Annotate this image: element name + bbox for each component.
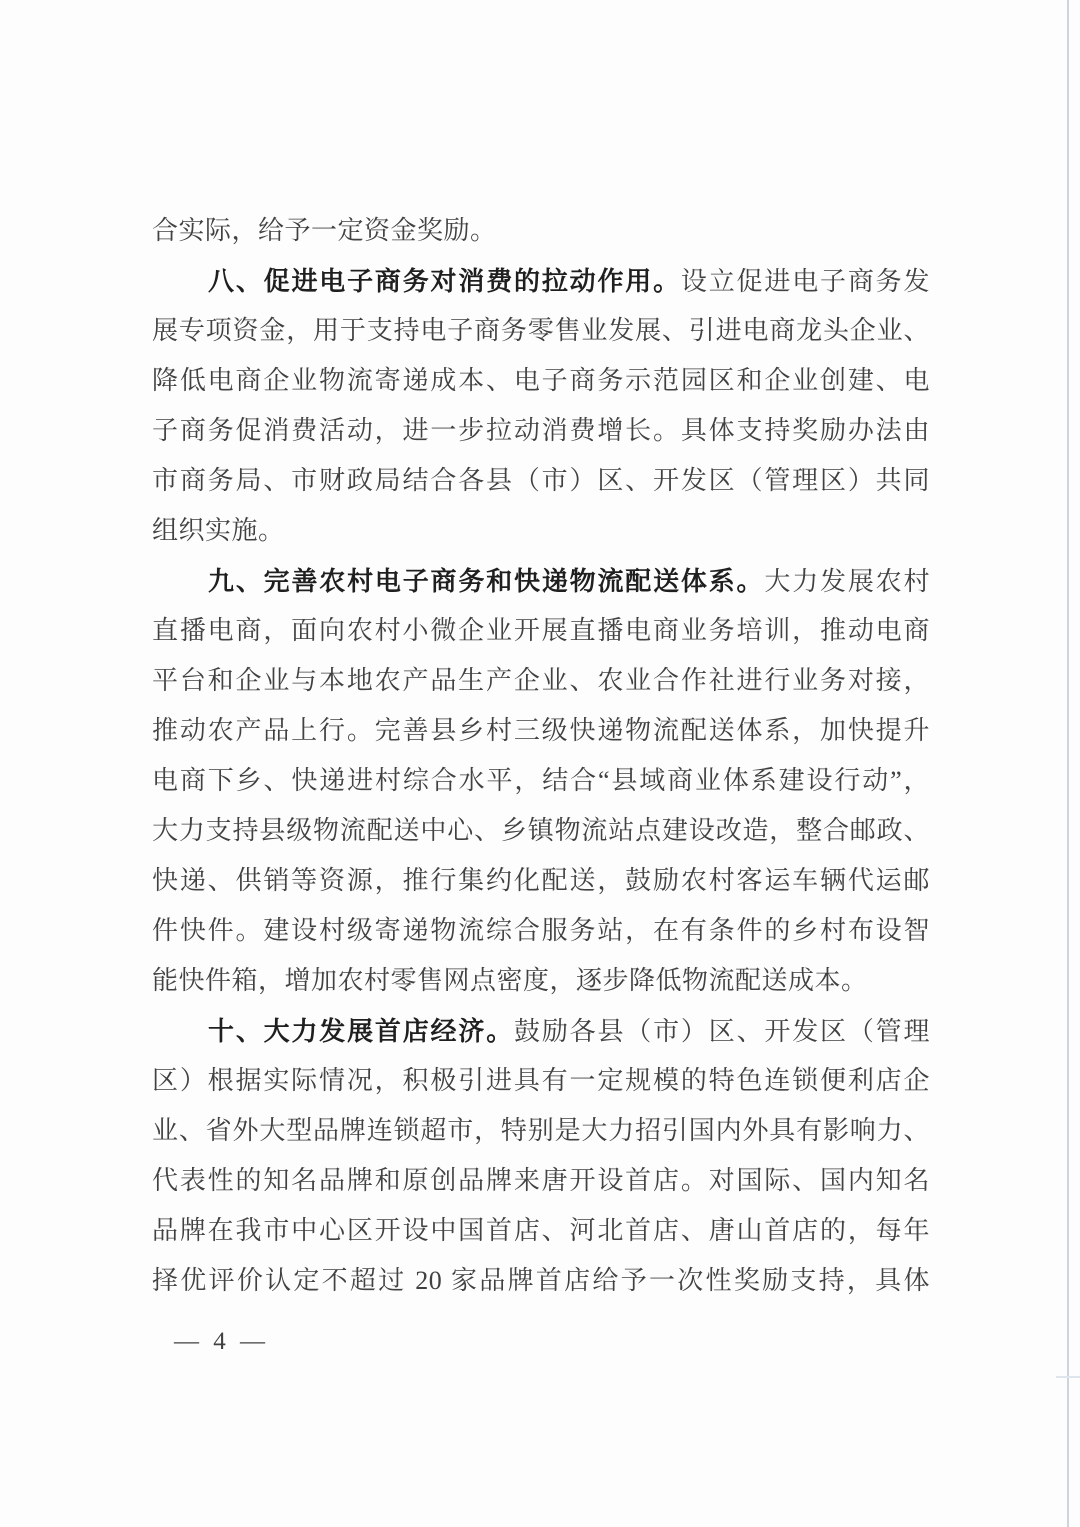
body-text: 件快件。建设村级寄递物流综合服务站，在有条件的乡村布设智 — [152, 916, 930, 945]
text-line: 电商下乡、快递进村综合水平，结合“县域商业体系建设行动”， — [152, 756, 930, 806]
text-line: 子商务促消费活动，进一步拉动消费增长。具体支持奖励办法由 — [152, 406, 930, 456]
text-line: 合实际，给予一定资金奖励。 — [152, 206, 930, 256]
text-line: 大力支持县级物流配送中心、乡镇物流站点建设改造，整合邮政、 — [152, 806, 930, 856]
text-line: 十、大力发展首店经济。鼓励各县（市）区、开发区（管理 — [152, 1006, 930, 1056]
text-line: 代表性的知名品牌和原创品牌来唐开设首店。对国际、国内知名 — [152, 1156, 930, 1206]
text-line: 推动农产品上行。完善县乡村三级快递物流配送体系，加快提升 — [152, 706, 930, 756]
body-text: 平台和企业与本地农产品生产企业、农业合作社进行业务对接， — [152, 666, 930, 695]
body-text: 降低电商企业物流寄递成本、电子商务示范园区和企业创建、电 — [152, 366, 930, 395]
text-line: 区）根据实际情况，积极引进具有一定规模的特色连锁便利店企 — [152, 1056, 930, 1106]
body-text: 市商务局、市财政局结合各县（市）区、开发区（管理区）共同 — [152, 466, 930, 495]
text-line: 平台和企业与本地农产品生产企业、农业合作社进行业务对接， — [152, 656, 930, 706]
text-line: 市商务局、市财政局结合各县（市）区、开发区（管理区）共同 — [152, 456, 930, 506]
scan-artifact-line — [1056, 1376, 1080, 1378]
body-text: 业、省外大型品牌连锁超市，特别是大力招引国内外具有影响力、 — [152, 1116, 930, 1145]
page-number: — 4 — — [174, 1322, 269, 1362]
page-edge-line — [1067, 0, 1069, 1527]
body-text: 大力支持县级物流配送中心、乡镇物流站点建设改造，整合邮政、 — [152, 816, 930, 845]
body-text: 代表性的知名品牌和原创品牌来唐开设首店。对国际、国内知名 — [152, 1166, 930, 1195]
document-page: 合实际，给予一定资金奖励。八、促进电子商务对消费的拉动作用。设立促进电子商务发展… — [0, 0, 1080, 1527]
text-line: 降低电商企业物流寄递成本、电子商务示范园区和企业创建、电 — [152, 356, 930, 406]
body-text: 电商下乡、快递进村综合水平，结合“县域商业体系建设行动”， — [152, 766, 930, 795]
text-line: 业、省外大型品牌连锁超市，特别是大力招引国内外具有影响力、 — [152, 1106, 930, 1156]
text-line: 九、完善农村电子商务和快递物流配送体系。大力发展农村 — [152, 556, 930, 606]
text-line: 择优评价认定不超过 20 家品牌首店给予一次性奖励支持，具体 — [152, 1256, 930, 1306]
document-body: 合实际，给予一定资金奖励。八、促进电子商务对消费的拉动作用。设立促进电子商务发展… — [152, 206, 930, 1306]
text-line: 品牌在我市中心区开设中国首店、河北首店、唐山首店的，每年 — [152, 1206, 930, 1256]
body-text: 组织实施。 — [152, 516, 285, 545]
section-heading: 八、促进电子商务对消费的拉动作用。 — [208, 266, 681, 296]
text-line: 直播电商，面向农村小微企业开展直播电商业务培训，推动电商 — [152, 606, 930, 656]
body-text: 直播电商，面向农村小微企业开展直播电商业务培训，推动电商 — [152, 616, 930, 645]
body-text: 区）根据实际情况，积极引进具有一定规模的特色连锁便利店企 — [152, 1066, 930, 1095]
body-text: 择优评价认定不超过 20 家品牌首店给予一次性奖励支持，具体 — [152, 1266, 930, 1295]
body-text: 快递、供销等资源，推行集约化配送，鼓励农村客运车辆代运邮 — [152, 866, 930, 895]
text-line: 组织实施。 — [152, 506, 930, 556]
body-text: 设立促进电子商务发 — [681, 267, 930, 296]
text-line: 能快件箱，增加农村零售网点密度，逐步降低物流配送成本。 — [152, 956, 930, 1006]
body-text: 子商务促消费活动，进一步拉动消费增长。具体支持奖励办法由 — [152, 416, 930, 445]
body-text: 展专项资金，用于支持电子商务零售业发展、引进电商龙头企业、 — [152, 316, 930, 345]
body-text: 大力发展农村 — [764, 567, 930, 596]
body-text: 品牌在我市中心区开设中国首店、河北首店、唐山首店的，每年 — [152, 1216, 930, 1245]
body-text: 能快件箱，增加农村零售网点密度，逐步降低物流配送成本。 — [152, 966, 868, 995]
text-line: 件快件。建设村级寄递物流综合服务站，在有条件的乡村布设智 — [152, 906, 930, 956]
body-text: 推动农产品上行。完善县乡村三级快递物流配送体系，加快提升 — [152, 716, 930, 745]
section-heading: 九、完善农村电子商务和快递物流配送体系。 — [208, 566, 764, 596]
text-line: 快递、供销等资源，推行集约化配送，鼓励农村客运车辆代运邮 — [152, 856, 930, 906]
body-text: 鼓励各县（市）区、开发区（管理 — [514, 1017, 930, 1046]
text-line: 展专项资金，用于支持电子商务零售业发展、引进电商龙头企业、 — [152, 306, 930, 356]
text-line: 八、促进电子商务对消费的拉动作用。设立促进电子商务发 — [152, 256, 930, 306]
section-heading: 十、大力发展首店经济。 — [208, 1016, 514, 1046]
body-text: 合实际，给予一定资金奖励。 — [152, 216, 497, 245]
